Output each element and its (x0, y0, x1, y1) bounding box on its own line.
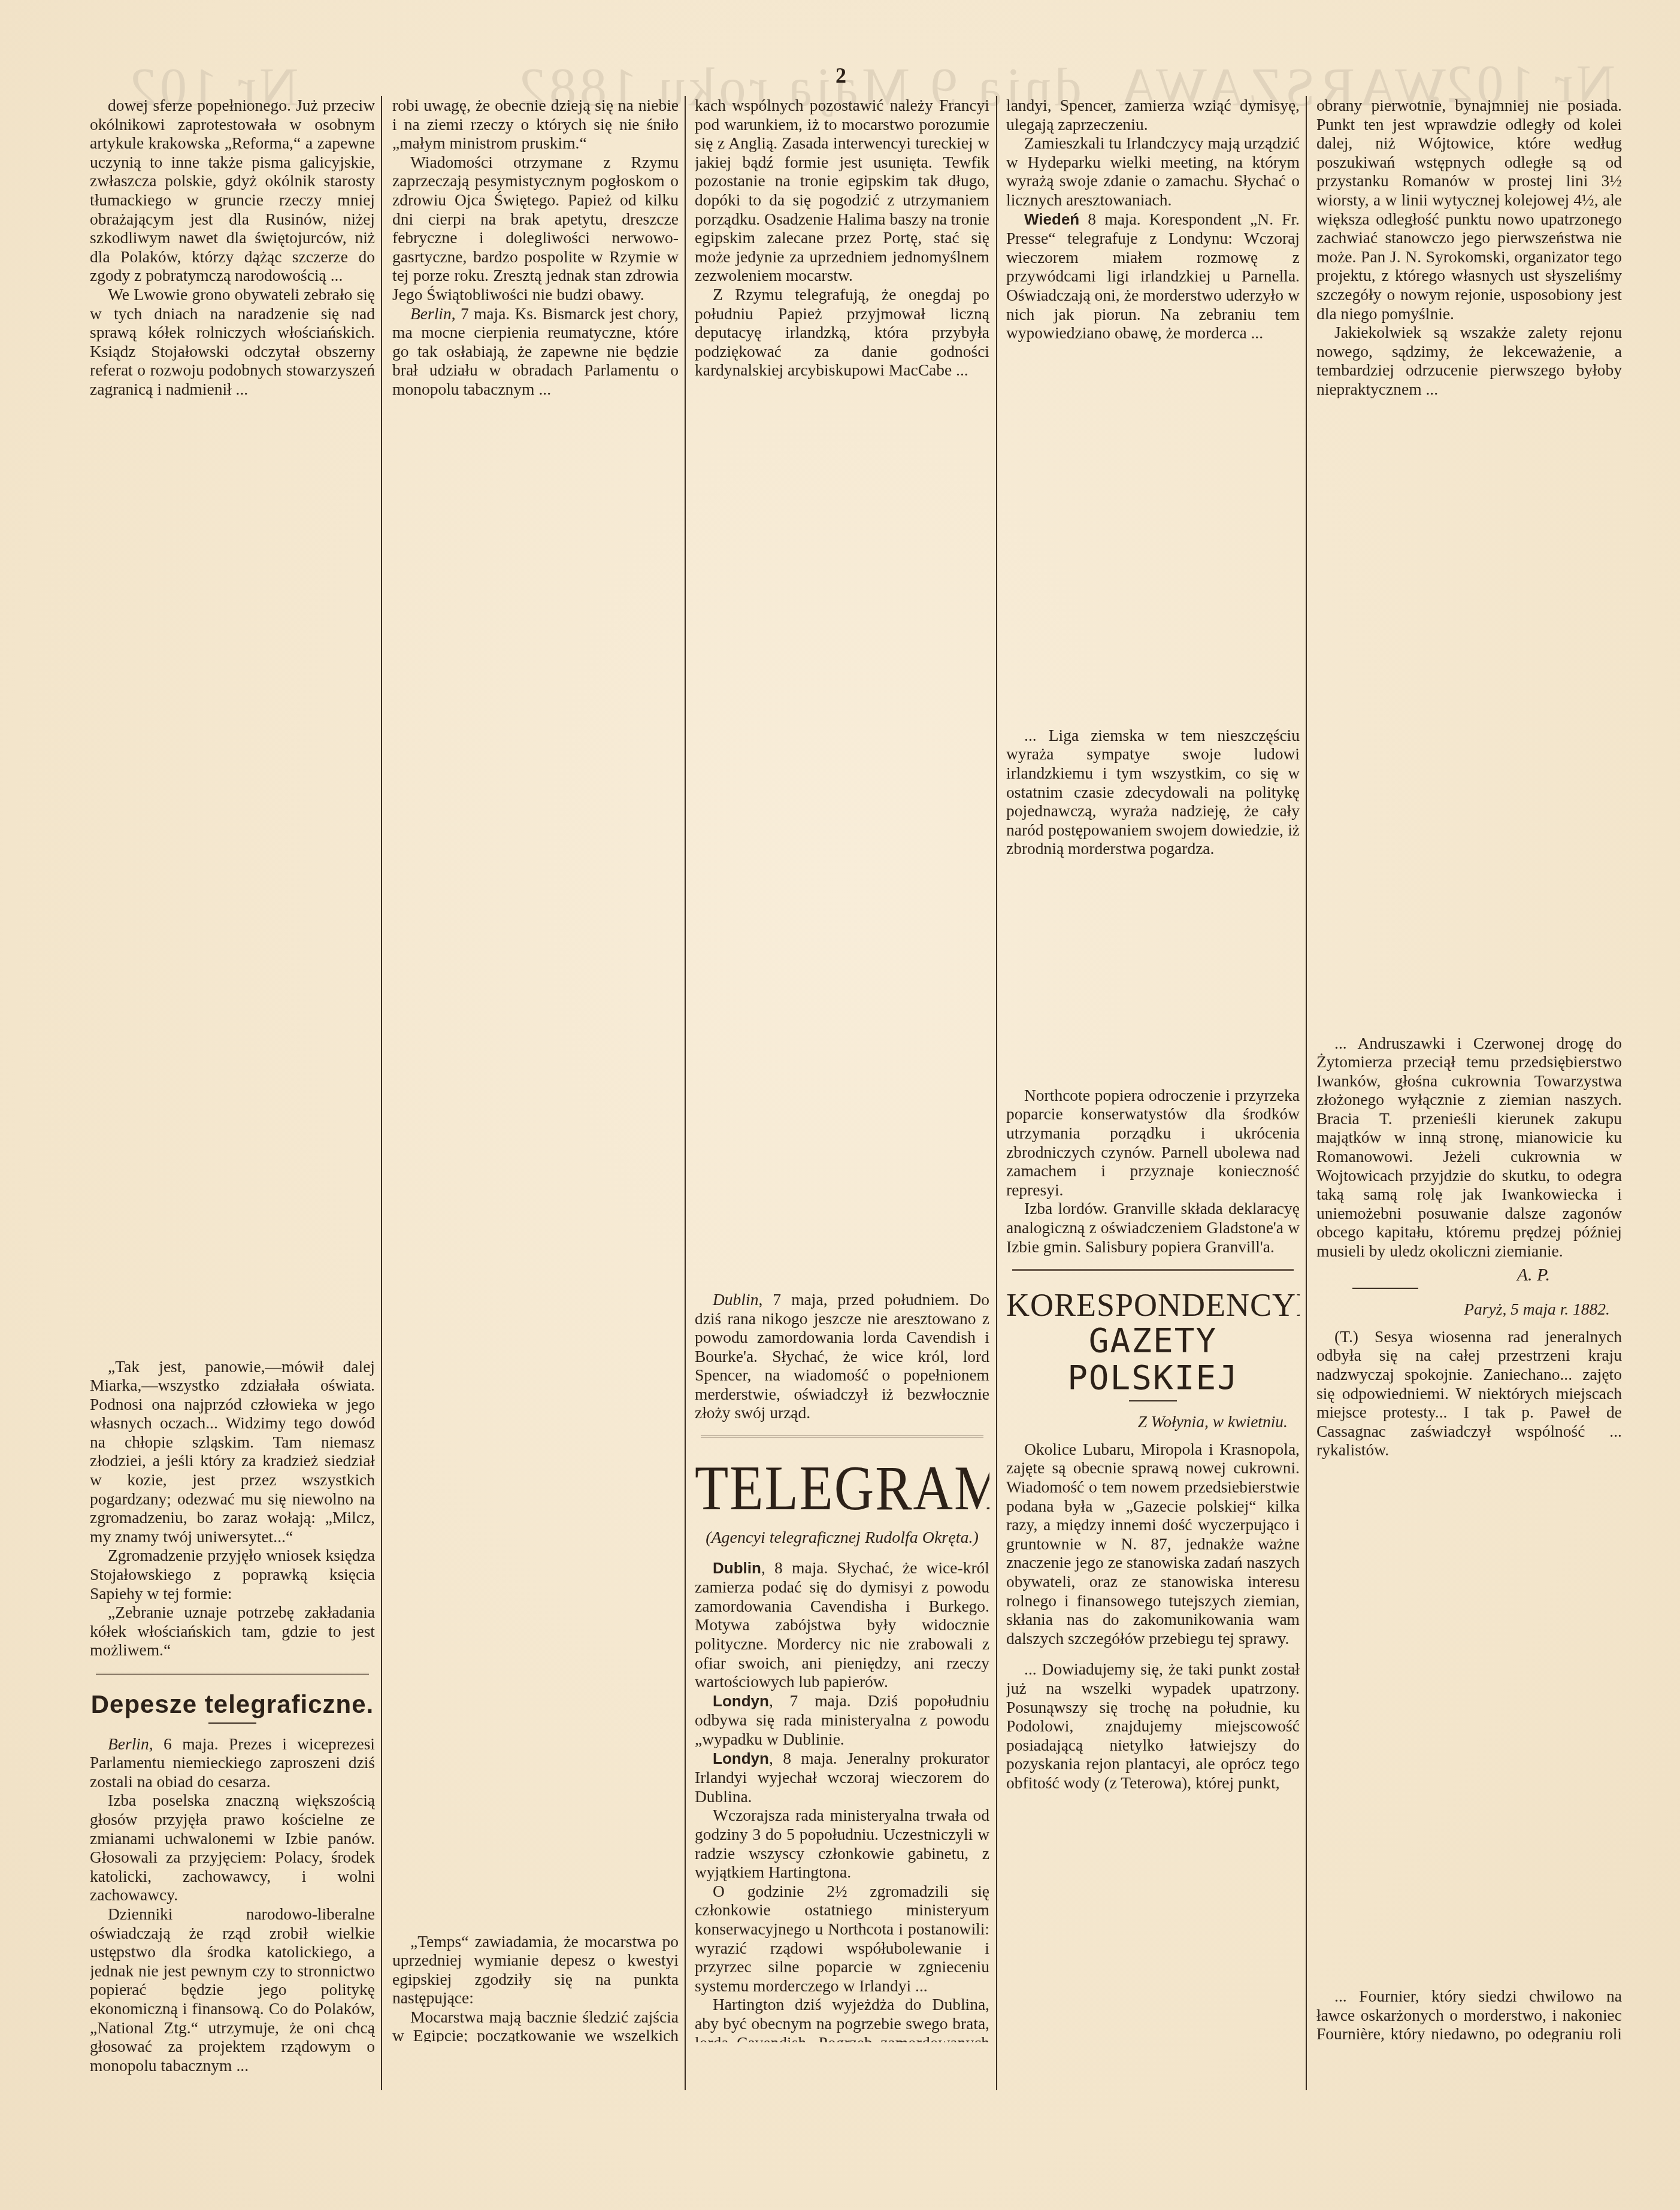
page-number: 2 (836, 63, 846, 88)
article-paragraph: landyi, Spencer, zamierza wziąć dymisyę,… (1006, 96, 1300, 134)
short-rule (1352, 1288, 1418, 1289)
telegram-text: Słychać, że wice-król zamierza podać się… (695, 1558, 989, 1691)
telegram-item: Dublin, 8 maja. Słychać, że wice-król za… (695, 1558, 989, 1691)
dispatch-date: , 7 maja. (452, 304, 510, 323)
telegram-item: O godzinie 2½ zgromadzili się członkowie… (695, 1882, 989, 1996)
article-paragraph: Jakiekolwiek są wszakże zalety rejonu no… (1316, 323, 1622, 398)
telegram-item: Londyn, 7 maja. Dziś popołudniu odbywa s… (695, 1691, 989, 1749)
column-2: robi uwagę, że obecnie dzieją się na nie… (392, 96, 679, 2042)
author-signature: A. P. (1316, 1266, 1550, 1285)
column-rule (685, 96, 686, 2090)
correspondence-paragraph: ... Dowiadujemy się, że taki punkt zosta… (1006, 1660, 1300, 1792)
dispatch-date: , 7 maja, przed południem. (758, 1290, 959, 1309)
article-paragraph: „Tak jest, panowie,—mówił dalej Miarka,—… (90, 1357, 375, 1546)
dispatch-paragraph: „Temps“ zawiadamia, że mocarstwa po uprz… (392, 1932, 679, 2008)
dispatch-paragraph: Izba lordów. Granville składa deklaracyę… (1006, 1199, 1300, 1256)
telegram-item: Hartington dziś wyjeżdża do Dublina, aby… (695, 1995, 989, 2042)
telegram-city: Dublin (713, 1559, 761, 1577)
paris-paragraph: (T.) Sesya wiosenna rad jeneralnych odby… (1316, 1327, 1622, 1460)
article-paragraph: kach wspólnych pozostawić należy Francyi… (695, 96, 989, 285)
dispatch-paragraph: Dublin, 7 maja, przed południem. Do dziś… (695, 1290, 989, 1422)
dispatch-paragraph: Wiedeń 8 maja. Korespondent „N. Fr. Pres… (1006, 210, 1300, 343)
dispatch-city: Dublin (713, 1290, 758, 1309)
dispatch-paragraph: Northcote popiera odroczenie i przyrzeka… (1006, 1086, 1300, 1200)
section-title-gazety-polskiej: GAZETY POLSKIEJ (1006, 1322, 1300, 1397)
section-separator (1012, 1269, 1294, 1276)
article-paragraph: Zamieszkali tu Irlandczycy mają urządzić… (1006, 134, 1300, 209)
paris-paragraph: ... Fournier, który siedzi chwilowo na ł… (1316, 1987, 1622, 2042)
article-paragraph: „Zebranie uznaje potrzebę zakładania kół… (90, 1603, 375, 1660)
dispatch-paragraph: ... Liga ziemska w tem nieszczęściu wyra… (1006, 726, 1300, 858)
telegram-city: Londyn (713, 1749, 769, 1767)
dispatch-city: Berlin (108, 1734, 149, 1753)
telegram-date: , 8 maja. (769, 1749, 837, 1767)
column-5: obrany pierwotnie, bynajmniej nie posiad… (1316, 96, 1622, 2042)
short-rule (208, 1722, 256, 1724)
section-separator (96, 1673, 369, 1679)
column-3: kach wspólnych pozostawić należy Francyi… (695, 96, 989, 2042)
dispatch-date: 8 maja. (1079, 210, 1140, 228)
dispatch-paragraph: Berlin, 6 maja. Prezes i wiceprezesi Par… (90, 1734, 375, 1791)
correspondence-byline: Z Wołynia, w kwietniu. (1006, 1412, 1288, 1431)
article-paragraph: Zgromadzenie przyjęło wniosek księdza St… (90, 1546, 375, 1603)
section-separator (701, 1436, 983, 1442)
column-1: dowej sferze popełnionego. Już przeciw o… (90, 96, 375, 2090)
paris-byline: Paryż, 5 maja r. 1882. (1316, 1300, 1610, 1319)
column-4: landyi, Spencer, zamierza wziąć dymisyę,… (1006, 96, 1300, 2042)
column-rule (1306, 96, 1307, 2090)
short-rule (1129, 1400, 1177, 1401)
telegram-agency: (Agencyi telegraficznej Rudolfa Okręta.) (695, 1528, 989, 1548)
dispatch-date: , 6 maja. (149, 1734, 219, 1753)
dispatch-city: Berlin (410, 304, 452, 323)
article-paragraph: obrany pierwotnie, bynajmniej nie posiad… (1316, 96, 1622, 323)
article-paragraph: robi uwagę, że obecnie dzieją się na nie… (392, 96, 679, 153)
newspaper-page: Nr 102 WARSZAWA, dnia 9 Maja roku 1882 N… (0, 0, 1680, 2210)
article-paragraph: Z Rzymu telegrafują, że onegdaj po połud… (695, 285, 989, 380)
column-rule (381, 96, 382, 2090)
section-title-depesze: Depesze telegraficzne. (90, 1695, 375, 1714)
telegram-city: Londyn (713, 1692, 769, 1710)
article-paragraph: We Lwowie grono obywateli zebrało się w … (90, 285, 375, 399)
telegram-date: , 7 maja. (769, 1691, 851, 1710)
article-paragraph: Wiadomości otrzymane z Rzymu zaprzeczają… (392, 153, 679, 304)
dispatch-paragraph: Mocarstwa mają bacznie śledzić zajścia w… (392, 2008, 679, 2042)
telegram-item: Wczorajsza rada ministeryalna trwała od … (695, 1806, 989, 1881)
article-paragraph: dowej sferze popełnionego. Już przeciw o… (90, 96, 375, 285)
correspondence-paragraph: Okolice Lubaru, Miropola i Krasnopola, z… (1006, 1440, 1300, 1648)
dispatch-paragraph: Berlin, 7 maja. Ks. Bismarck jest chory,… (392, 304, 679, 399)
dispatch-city: Wiedeń (1024, 210, 1079, 228)
dispatch-text: Korespondent „N. Fr. Presse“ telegrafuje… (1006, 210, 1300, 343)
telegram-item: Londyn, 8 maja. Jeneralny prokurator Irl… (695, 1749, 989, 1806)
article-paragraph: ... Andruszawki i Czerwonej drogę do Żyt… (1316, 1034, 1622, 1261)
dispatch-paragraph: Izba poselska znaczną większością głosów… (90, 1791, 375, 1905)
dispatch-text: Do dziś rana nikogo jeszcze nie aresztow… (695, 1290, 989, 1422)
section-title-korespondencye: KORESPONDENCYE (1006, 1288, 1300, 1322)
section-title-telegramy: TELEGRAMY. (695, 1454, 989, 1522)
dispatch-paragraph: Dzienniki narodowo-liberalne oświadczają… (90, 1905, 375, 2075)
column-rule (996, 96, 997, 2090)
telegram-date: , 8 maja. (761, 1558, 828, 1577)
